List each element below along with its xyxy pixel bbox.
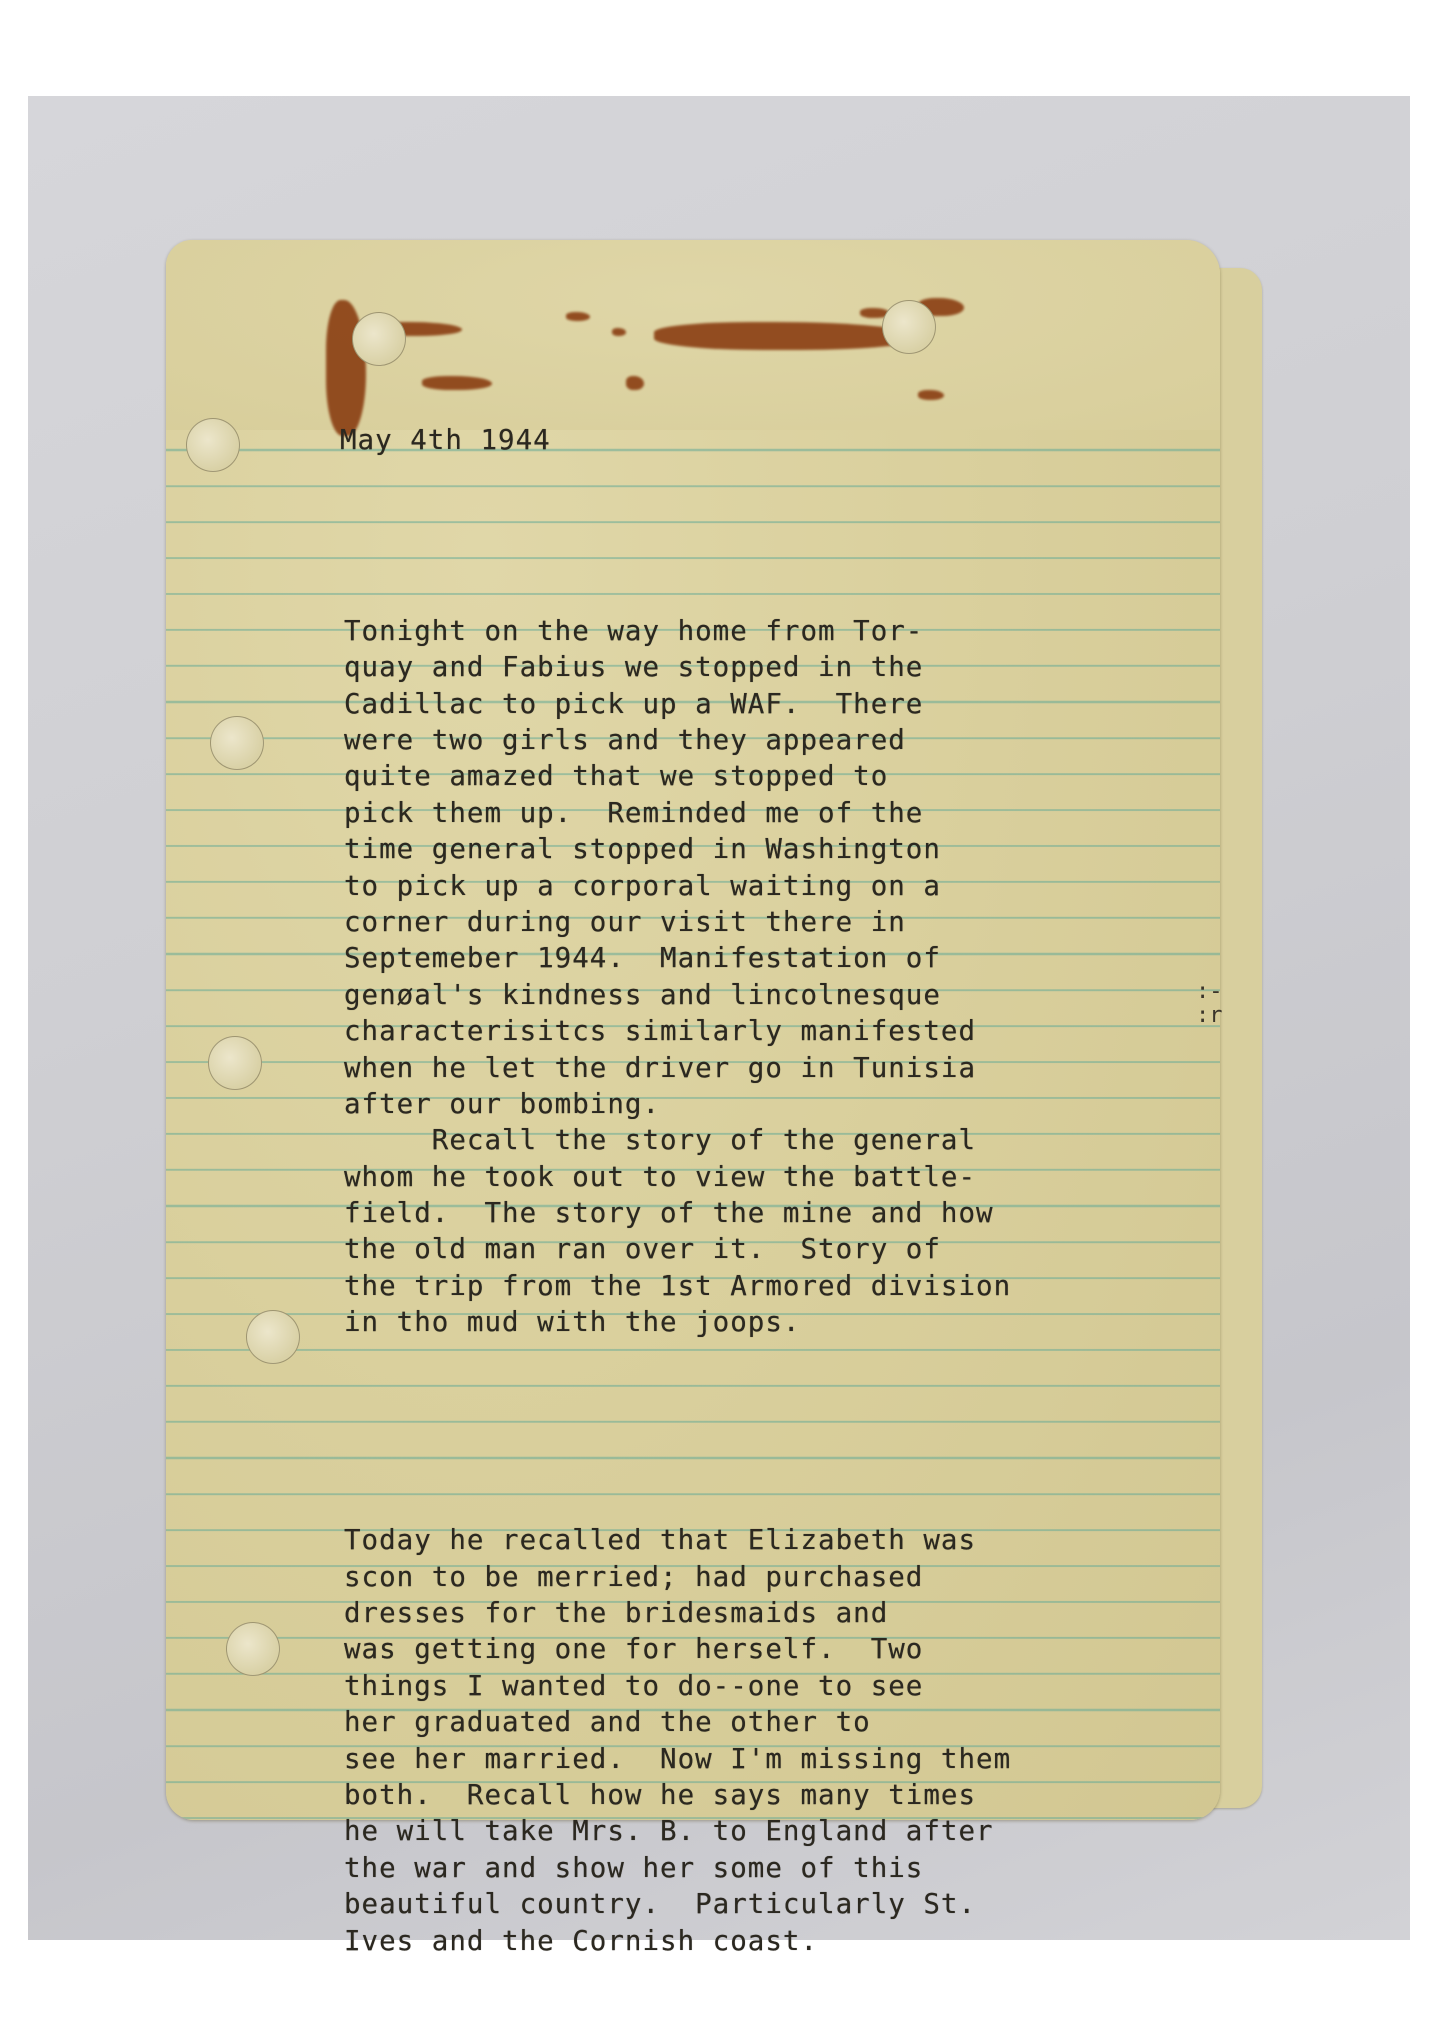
typed-line: after our bombing. — [344, 1086, 1011, 1122]
punch-hole — [210, 716, 264, 770]
punch-hole — [246, 1310, 300, 1364]
typed-line: Ives and the Cornish coast. — [344, 1923, 1011, 1959]
typed-line: the old man ran over it. Story of — [344, 1231, 1011, 1267]
typed-line: things I wanted to do--one to see — [344, 1668, 1011, 1704]
typed-line: Septemeber 1944. Manifestation of — [344, 940, 1011, 976]
rust-stain — [918, 390, 944, 400]
entry-body: Tonight on the way home from Tor-quay an… — [344, 540, 1011, 1995]
rust-stain — [626, 376, 644, 390]
typed-line: Cadillac to pick up a WAF. There — [344, 686, 1011, 722]
punch-hole — [882, 300, 936, 354]
typed-line: whom he took out to view the battle- — [344, 1159, 1011, 1195]
typed-line: time general stopped in Washington — [344, 831, 1011, 867]
punch-hole — [208, 1036, 262, 1090]
typed-line: characterisitcs similarly manifested — [344, 1013, 1011, 1049]
typed-line: he will take Mrs. B. to England after — [344, 1813, 1011, 1849]
paragraph-2: Today he recalled that Elizabeth wasscon… — [344, 1522, 1011, 1959]
rust-stain — [612, 328, 626, 336]
rust-stain — [422, 376, 492, 390]
typed-line: the trip from the 1st Armored division — [344, 1268, 1011, 1304]
typed-line: corner during our visit there in — [344, 904, 1011, 940]
typed-line: dresses for the bridesmaids and — [344, 1595, 1011, 1631]
typed-line: field. The story of the mine and how — [344, 1195, 1011, 1231]
punch-hole — [226, 1622, 280, 1676]
typed-line: beautiful country. Particularly St. — [344, 1886, 1011, 1922]
typed-line: Tonight on the way home from Tor- — [344, 613, 1011, 649]
typed-line: the war and show her some of this — [344, 1850, 1011, 1886]
typed-line: both. Recall how he says many times — [344, 1777, 1011, 1813]
paragraph-1: Tonight on the way home from Tor-quay an… — [344, 613, 1011, 1341]
typed-line: scon to be merried; had purchased — [344, 1559, 1011, 1595]
typed-line: genøal's kindness and lincolnesque — [344, 977, 1011, 1013]
typed-line: to pick up a corporal waiting on a — [344, 868, 1011, 904]
typed-line: pick them up. Reminded me of the — [344, 795, 1011, 831]
typed-line: when he let the driver go in Tunisia — [344, 1050, 1011, 1086]
typed-line: her graduated and the other to — [344, 1704, 1011, 1740]
typed-line: were two girls and they appeared — [344, 722, 1011, 758]
punch-hole — [186, 418, 240, 472]
punch-hole — [352, 312, 406, 366]
typed-line: Recall the story of the general — [344, 1122, 1011, 1158]
rust-stain — [566, 312, 590, 321]
edge-text-fragment: :- :r — [1196, 980, 1223, 1028]
typed-line: quite amazed that we stopped to — [344, 758, 1011, 794]
typed-line: in tho mud with the joops. — [344, 1304, 1011, 1340]
entry-date: May 4th 1944 — [340, 424, 551, 456]
typed-line: quay and Fabius we stopped in the — [344, 649, 1011, 685]
typed-line: see her married. Now I'm missing them — [344, 1741, 1011, 1777]
typed-line: was getting one for herself. Two — [344, 1631, 1011, 1667]
typed-line: Today he recalled that Elizabeth was — [344, 1522, 1011, 1558]
